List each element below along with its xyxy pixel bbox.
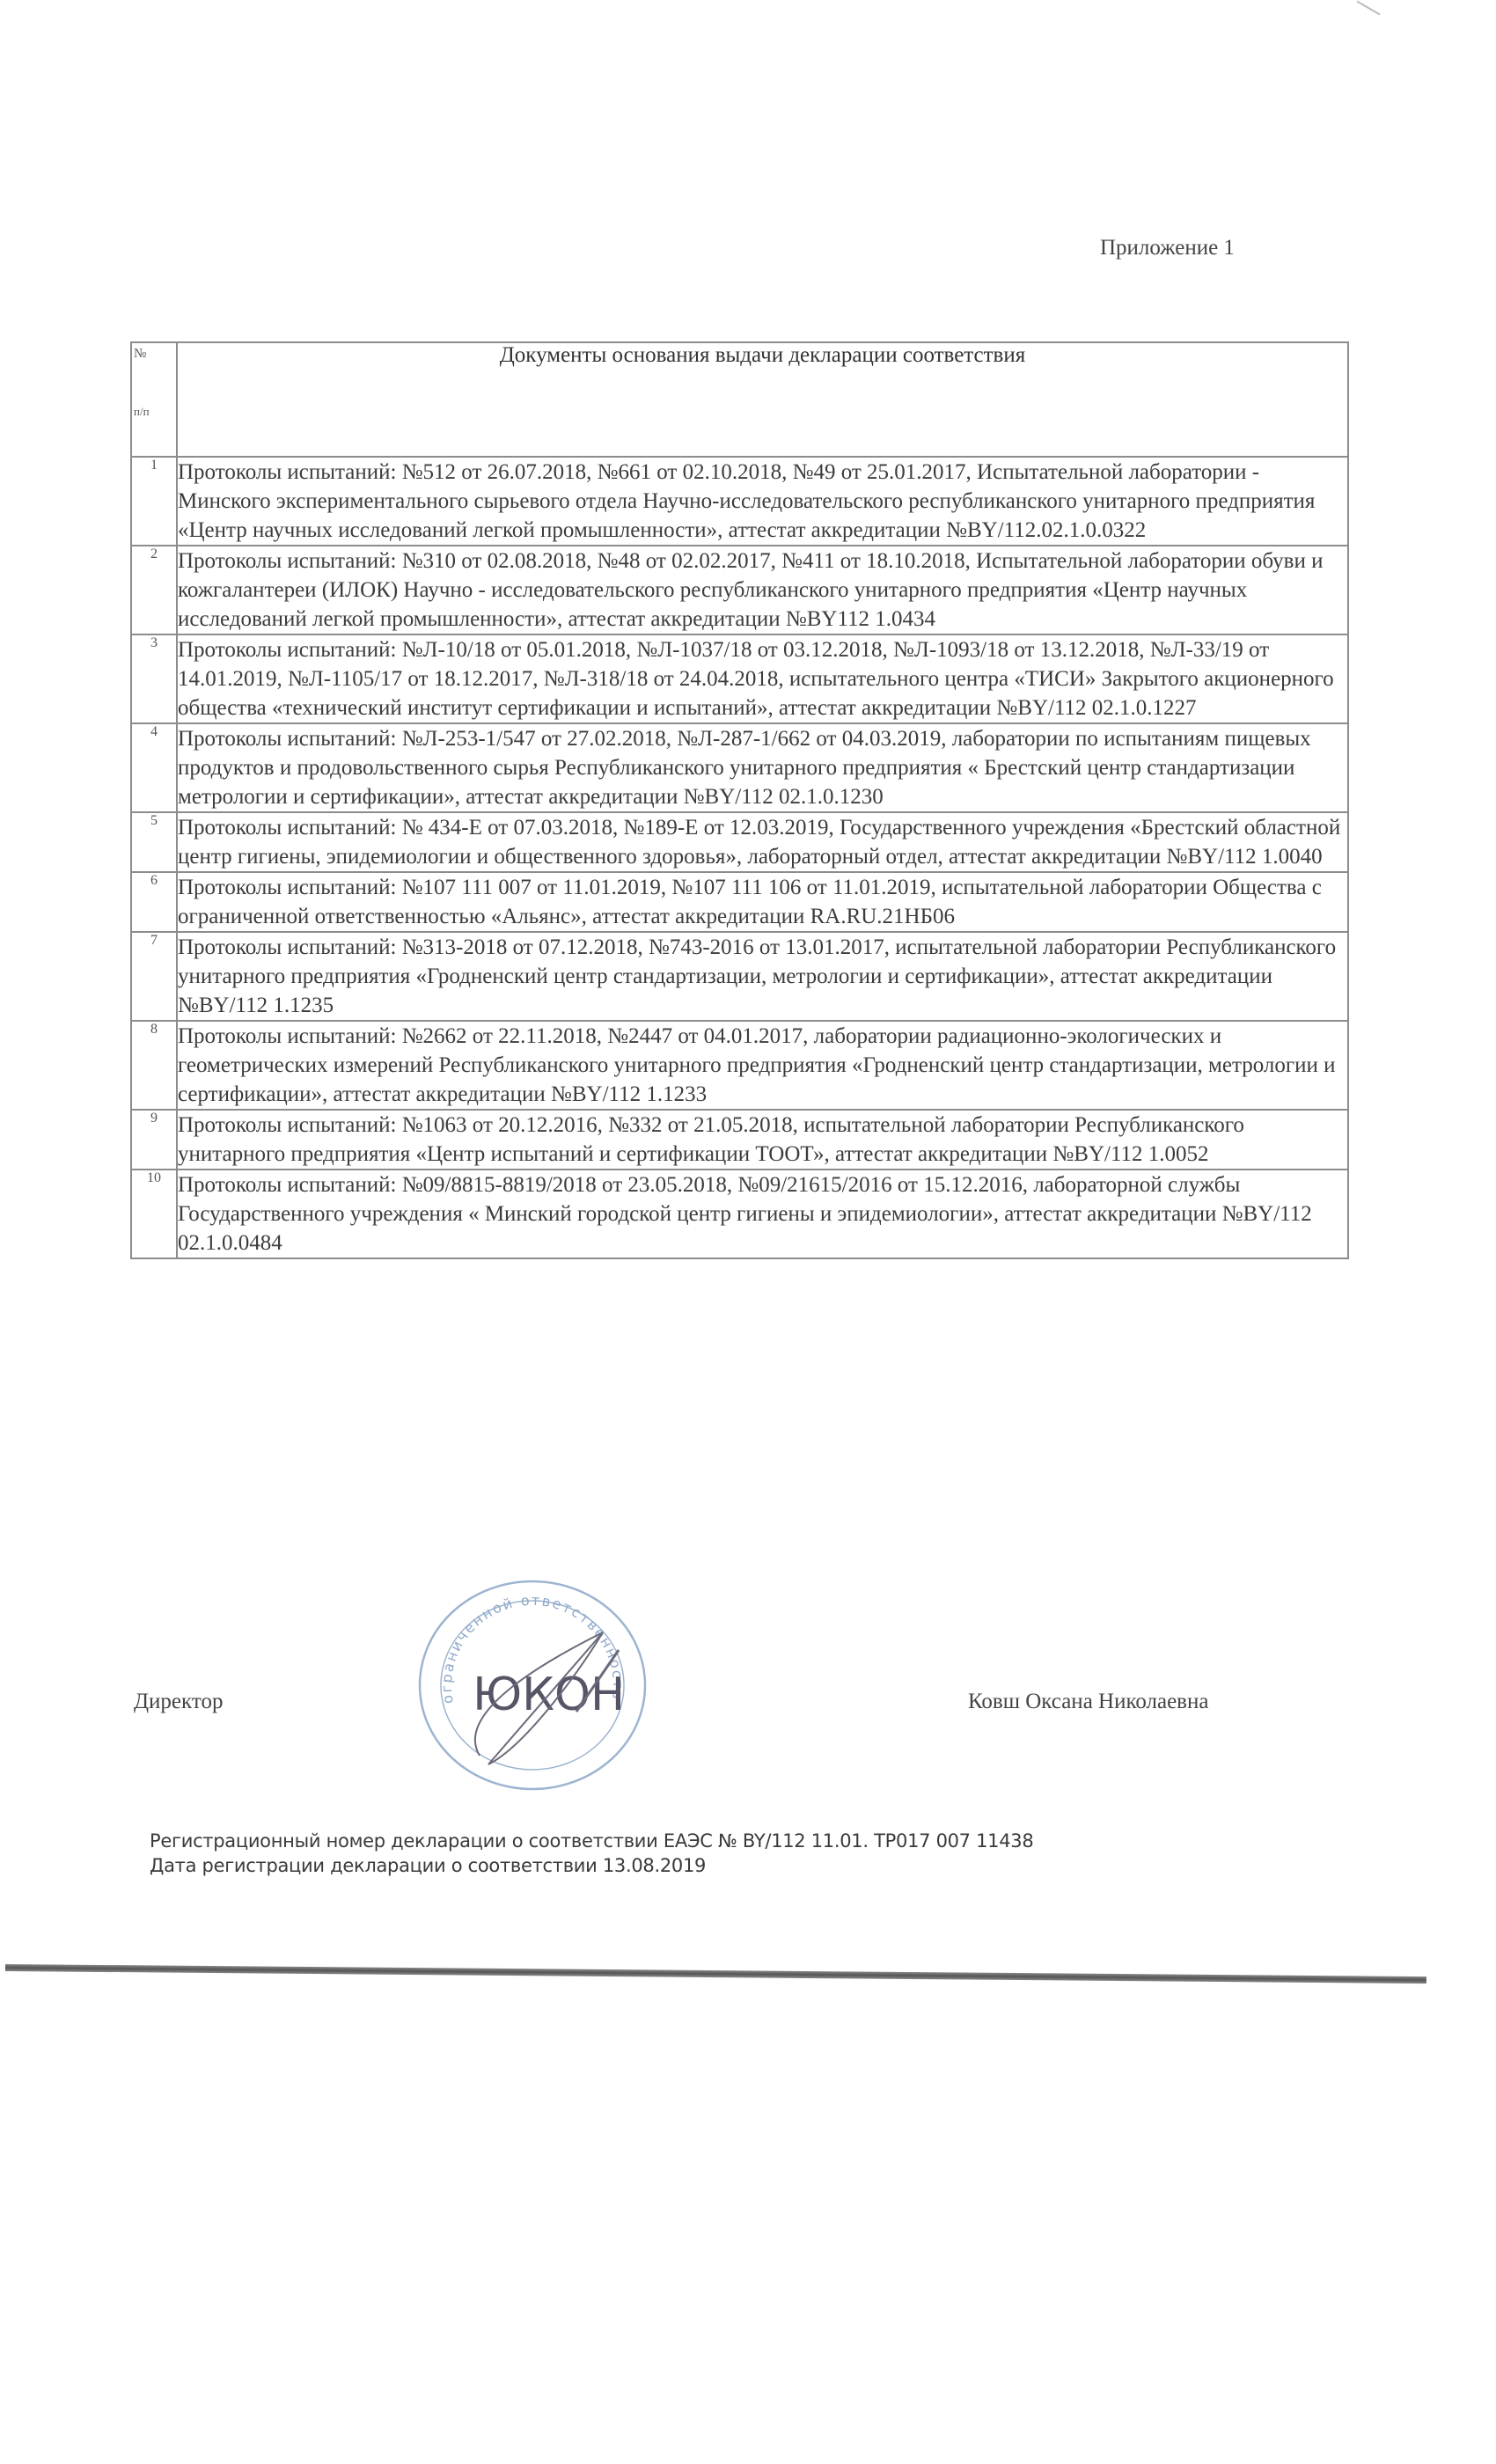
row-document-text: Протоколы испытаний: №Л-10/18 от 05.01.2… [177, 634, 1348, 723]
registration-info: Регистрационный номер декларации о соотв… [150, 1829, 1033, 1878]
signer-name: Ковш Оксана Николаевна [968, 1690, 1208, 1714]
row-number: 1 [131, 457, 177, 546]
number-subtitle: п/п [134, 405, 150, 419]
table-header-row: № п/п Документы основания выдачи деклара… [131, 342, 1348, 457]
table-row: 3Протоколы испытаний: №Л-10/18 от 05.01.… [131, 634, 1348, 723]
table-row: 6Протоколы испытаний: №107 111 007 от 11… [131, 872, 1348, 932]
table-row: 5Протоколы испытаний: № 434-Е от 07.03.2… [131, 812, 1348, 872]
registration-date: Дата регистрации декларации о соответств… [150, 1853, 1033, 1878]
signer-position: Директор [134, 1690, 223, 1714]
row-number: 7 [131, 932, 177, 1021]
row-number: 3 [131, 634, 177, 723]
row-document-text: Протоколы испытаний: №512 от 26.07.2018,… [177, 457, 1348, 546]
table-row: 8Протоколы испытаний: №2662 от 22.11.201… [131, 1021, 1348, 1110]
table-row: 1Протоколы испытаний: №512 от 26.07.2018… [131, 457, 1348, 546]
row-document-text: Протоколы испытаний: №Л-253-1/547 от 27.… [177, 723, 1348, 812]
table-row: 2Протоколы испытаний: №310 от 02.08.2018… [131, 546, 1348, 634]
column-header-title: Документы основания выдачи декларации со… [177, 342, 1348, 457]
number-symbol: № [134, 347, 146, 362]
documents-table: № п/п Документы основания выдачи деклара… [130, 341, 1349, 1259]
row-document-text: Протоколы испытаний: №310 от 02.08.2018,… [177, 546, 1348, 634]
row-document-text: Протоколы испытаний: №313-2018 от 07.12.… [177, 932, 1348, 1021]
column-header-number: № п/п [131, 342, 177, 457]
registration-number: Регистрационный номер декларации о соотв… [150, 1829, 1033, 1853]
scan-artifact [1357, 1, 1381, 16]
row-document-text: Протоколы испытаний: №1063 от 20.12.2016… [177, 1110, 1348, 1170]
appendix-label: Приложение 1 [1100, 236, 1235, 260]
row-number: 4 [131, 723, 177, 812]
row-number: 5 [131, 812, 177, 872]
row-number: 10 [131, 1170, 177, 1258]
row-number: 8 [131, 1021, 177, 1110]
row-number: 9 [131, 1110, 177, 1170]
table-row: 10Протоколы испытаний: №09/8815-8819/201… [131, 1170, 1348, 1258]
row-document-text: Протоколы испытаний: №09/8815-8819/2018 … [177, 1170, 1348, 1258]
table-row: 4Протоколы испытаний: №Л-253-1/547 от 27… [131, 723, 1348, 812]
table-row: 9Протоколы испытаний: №1063 от 20.12.201… [131, 1110, 1348, 1170]
row-document-text: Протоколы испытаний: №107 111 007 от 11.… [177, 872, 1348, 932]
row-number: 6 [131, 872, 177, 932]
row-document-text: Протоколы испытаний: №2662 от 22.11.2018… [177, 1021, 1348, 1110]
company-stamp-icon: ограниченной ответственностью ЮКОН [400, 1580, 664, 1791]
row-number: 2 [131, 546, 177, 634]
page-divider [5, 1964, 1426, 1984]
row-document-text: Протоколы испытаний: № 434-Е от 07.03.20… [177, 812, 1348, 872]
table-row: 7Протоколы испытаний: №313-2018 от 07.12… [131, 932, 1348, 1021]
